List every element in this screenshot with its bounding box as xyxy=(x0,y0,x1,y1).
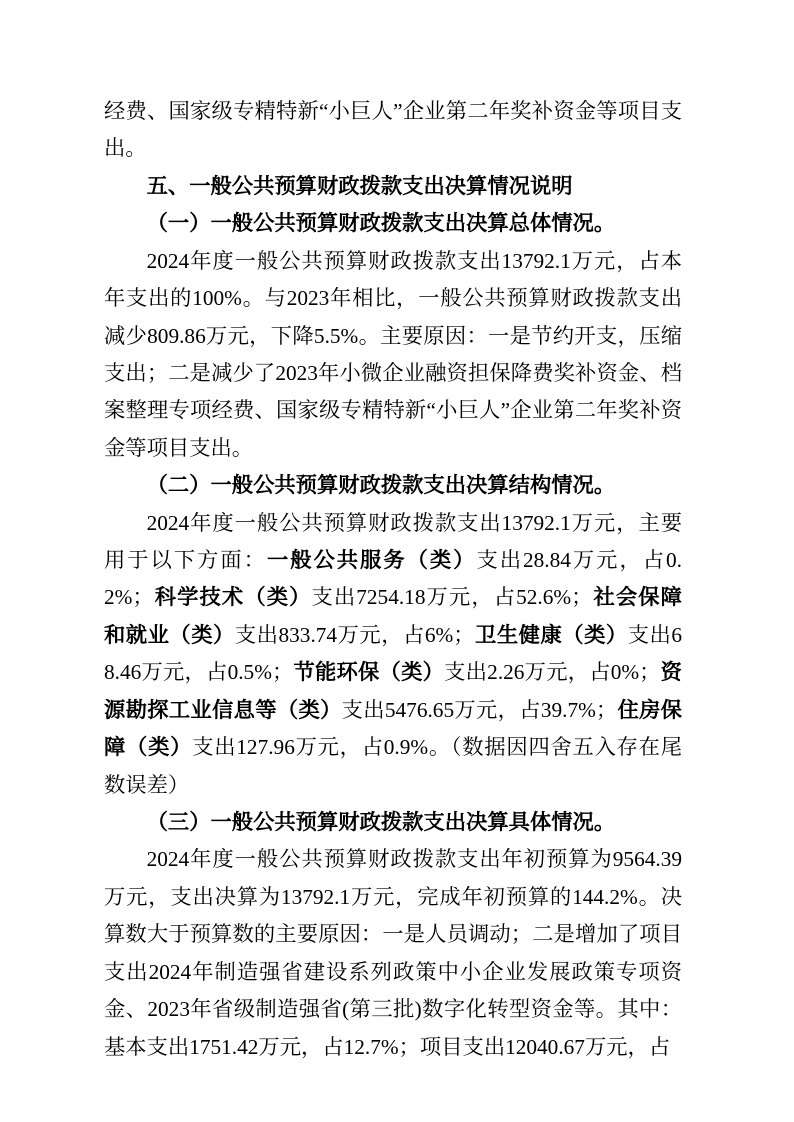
text-run: 支出7254.18万元，占52.6%； xyxy=(311,585,592,609)
text-run: 支出833.74万元，占6%； xyxy=(235,623,475,647)
document-page: 经费、国家级专精特新“小巨人”企业第二年奖补资金等项目支出。五、一般公共预算财政… xyxy=(0,0,794,1122)
paragraph-detail-situation: 2024年度一般公共预算财政拨款支出年初预算为9564.39万元，支出决算为13… xyxy=(104,841,682,1066)
text-run: 支出5476.65万元，占39.7%； xyxy=(342,698,617,722)
bold-text-run: （二）一般公共预算财政拨款支出决算结构情况。 xyxy=(147,473,616,497)
bold-text-run: 五、一般公共预算财政拨款支出决算情况说明 xyxy=(147,174,573,198)
bold-text-run: （三）一般公共预算财政拨款支出决算具体情况。 xyxy=(147,810,616,834)
bold-text-run: 一般公共服务（类） xyxy=(267,548,477,572)
heading-section-5: 五、一般公共预算财政拨款支出决算情况说明 xyxy=(104,168,682,205)
heading-section-5-2: （二）一般公共预算财政拨款支出决算结构情况。 xyxy=(104,467,682,504)
bold-text-run: （一）一般公共预算财政拨款支出决算总体情况。 xyxy=(147,211,616,235)
bold-text-run: 卫生健康（类） xyxy=(475,623,628,647)
text-run: 经费、国家级专精特新“小巨人”企业第二年奖补资金等项目支出。 xyxy=(104,99,682,160)
text-run: 2024年度一般公共预算财政拨款支出13792.1万元，占本年支出的100%。与… xyxy=(104,249,682,460)
bold-text-run: 科学技术（类） xyxy=(154,585,312,609)
paragraph-structure-situation: 2024年度一般公共预算财政拨款支出13792.1万元，主要用于以下方面：一般公… xyxy=(104,505,682,804)
heading-section-5-1: （一）一般公共预算财政拨款支出决算总体情况。 xyxy=(104,205,682,242)
paragraph-overall-situation: 2024年度一般公共预算财政拨款支出13792.1万元，占本年支出的100%。与… xyxy=(104,243,682,468)
paragraph-carryover: 经费、国家级专精特新“小巨人”企业第二年奖补资金等项目支出。 xyxy=(104,93,682,168)
text-run: 支出2.26万元，占0%； xyxy=(444,660,660,684)
document-content: 经费、国家级专精特新“小巨人”企业第二年奖补资金等项目支出。五、一般公共预算财政… xyxy=(104,93,682,1066)
text-run: 2024年度一般公共预算财政拨款支出年初预算为9564.39万元，支出决算为13… xyxy=(104,847,682,1058)
bold-text-run: 节能环保（类） xyxy=(293,660,444,684)
heading-section-5-3: （三）一般公共预算财政拨款支出决算具体情况。 xyxy=(104,804,682,841)
